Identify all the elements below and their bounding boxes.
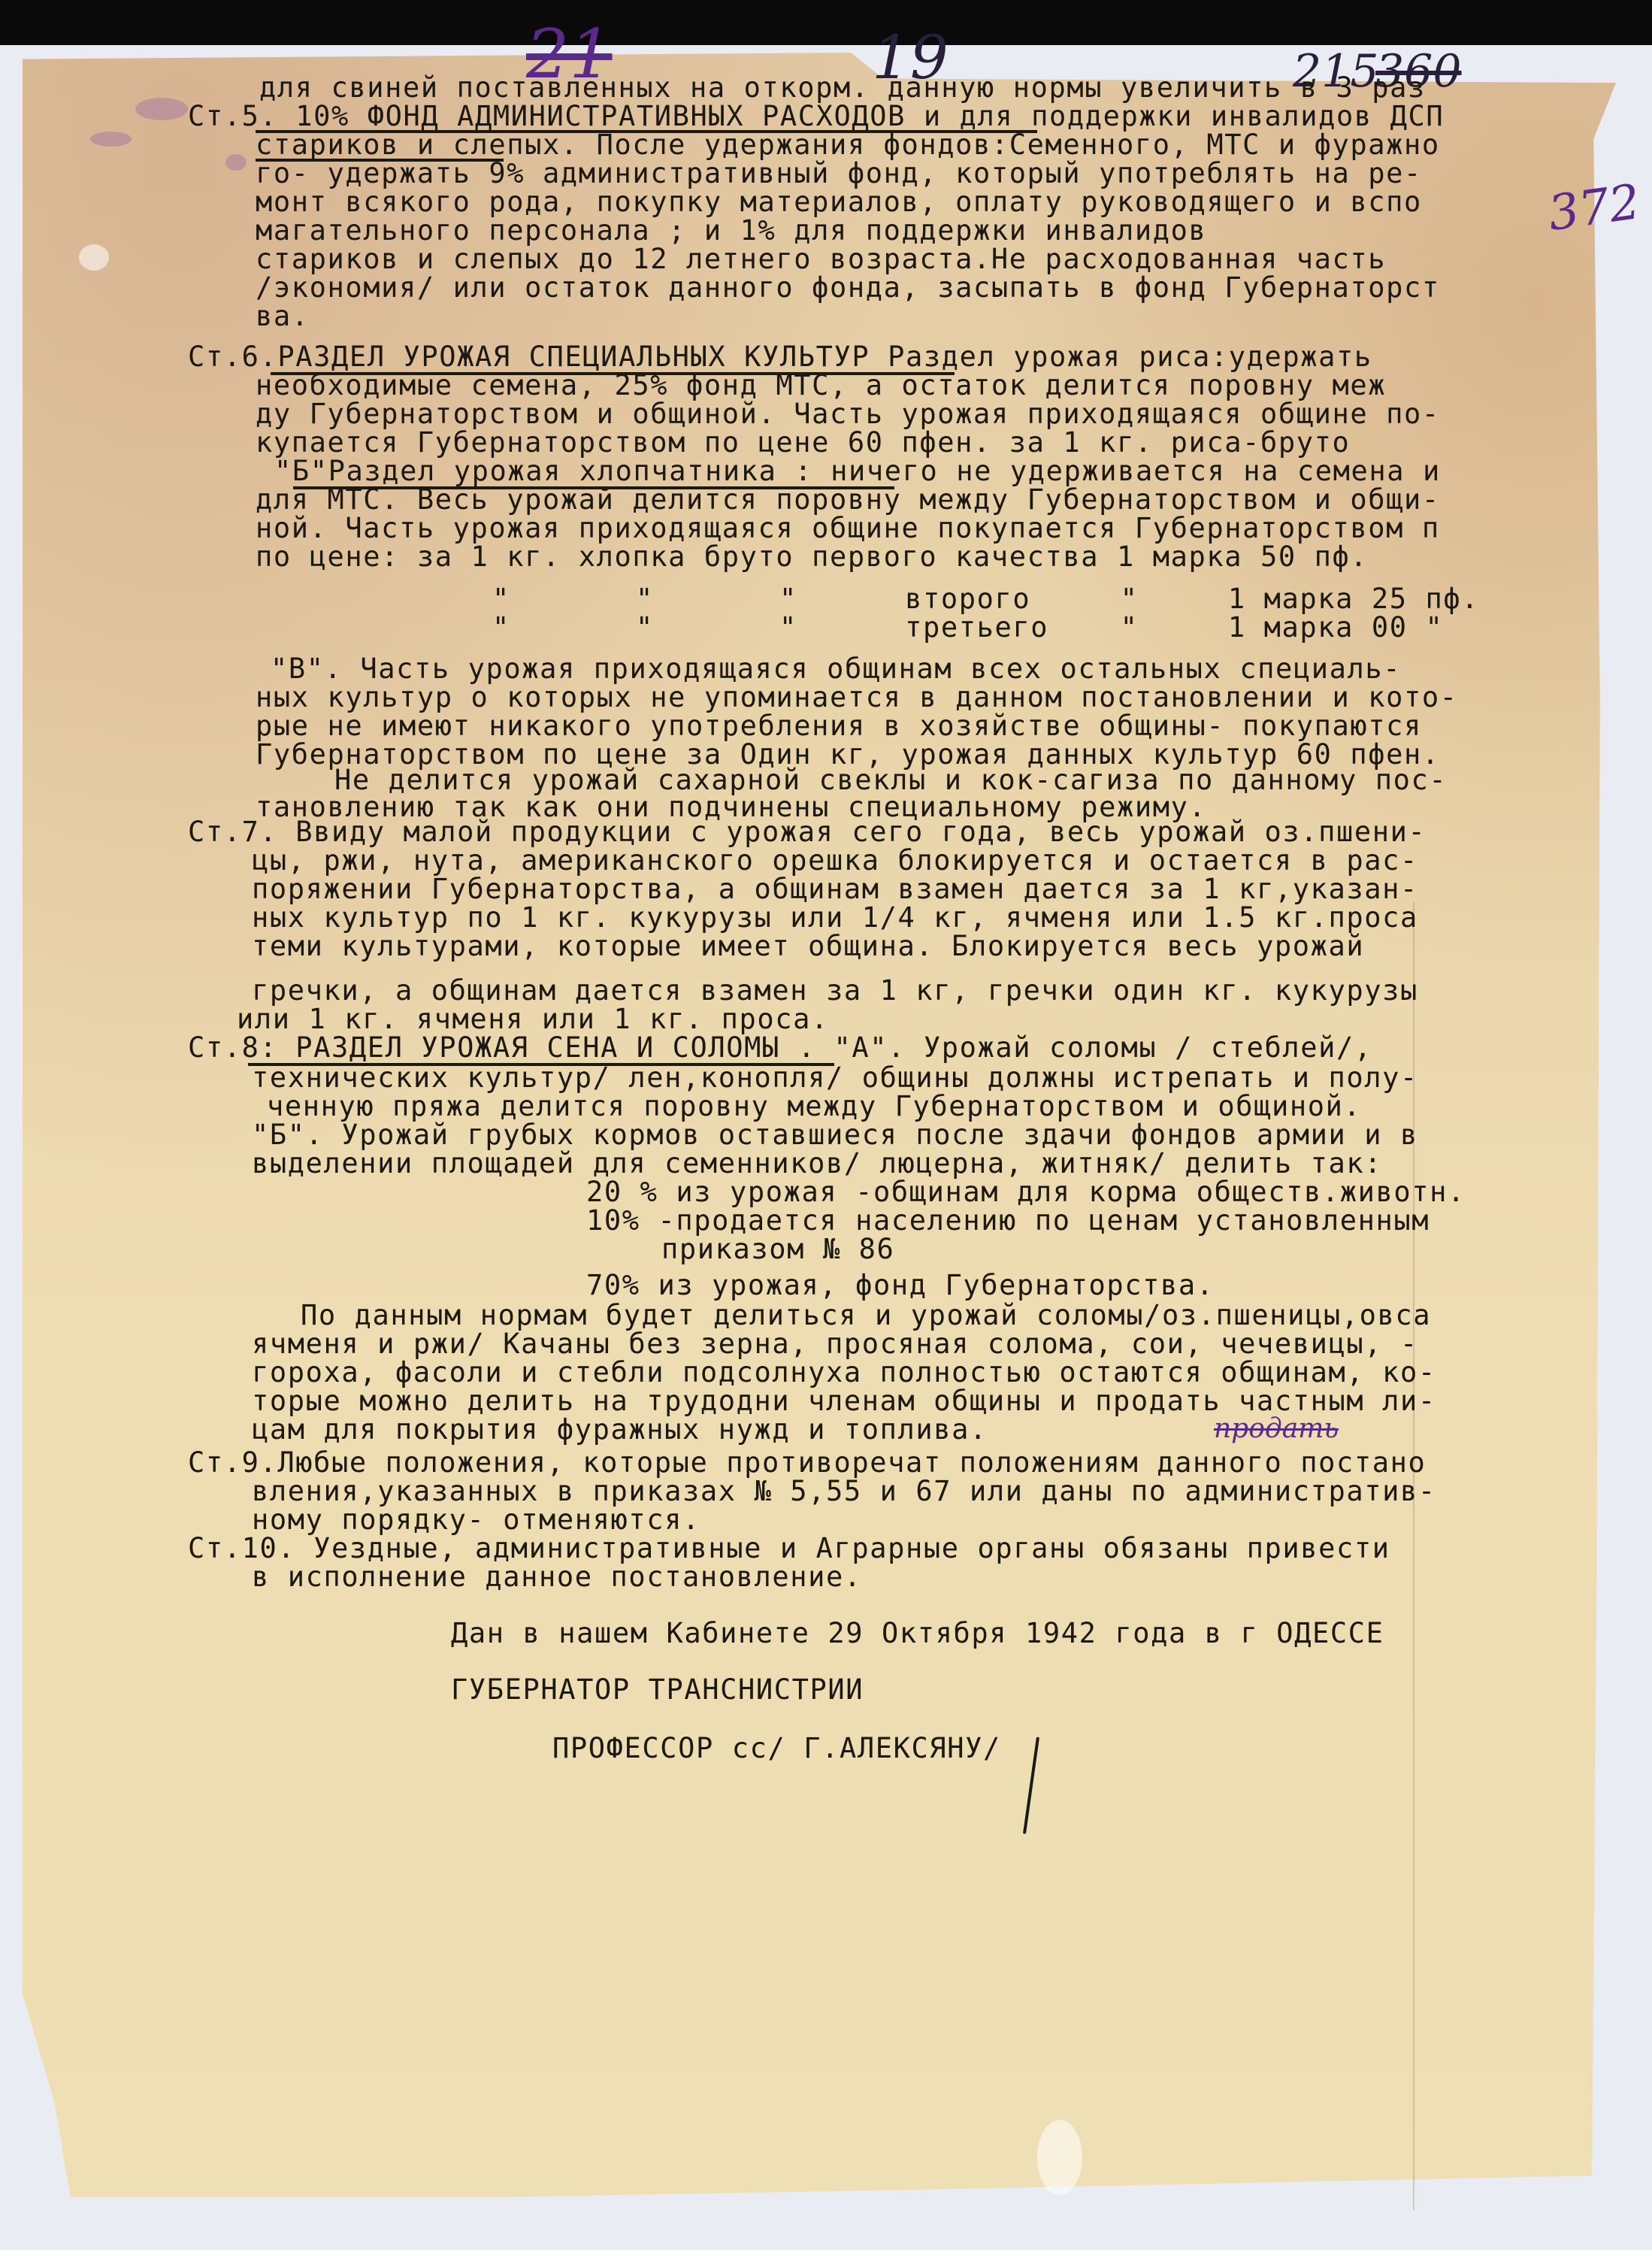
text-line: гречки, а общинам дается взамен за 1 кг,… [252, 976, 1418, 1006]
text-line: ченную пряжа делится поровну между Губер… [267, 1092, 1361, 1122]
section-6-heading: Ст.6.РАЗДЕЛ УРОЖАЯ СПЕЦИАЛЬНЫХ КУЛЬТУР Р… [188, 342, 1372, 372]
order-reference: приказом № 86 [661, 1234, 894, 1264]
text-line: гороха, фасоли и стебли подсолнуха полно… [252, 1358, 1436, 1388]
heading-underline [256, 159, 504, 162]
text-line: ду Губернаторством и общиной. Часть урож… [256, 399, 1440, 429]
text-line: ных культур по 1 кг. кукурузы или 1/4 кг… [252, 903, 1418, 933]
section-8-heading: Ст.8: РАЗДЕЛ УРОЖАЯ СЕНА И СОЛОМЫ . "А".… [188, 1033, 1372, 1063]
heading-underline [293, 486, 894, 489]
subsection-v: "В". Часть урожая приходящаяся общинам в… [271, 654, 1401, 684]
text-line: теми культурами, которые имеет община. Б… [252, 931, 1364, 961]
distribution-10-percent: 10% -продается населению по ценам устано… [586, 1206, 1430, 1236]
text-line: ячменя и ржи/ Качаны без зерна, просяная… [252, 1329, 1418, 1359]
text-line: выделении площадей для семенников/ люцер… [252, 1149, 1382, 1179]
text-line: По данным нормам будет делиться и урожай… [301, 1301, 1431, 1331]
text-line: для МТС. Весь урожай делится поровну меж… [256, 485, 1440, 515]
text-line: цам для покрытия фуражных нужд и топлива… [252, 1415, 988, 1445]
price-row-third-quality: " " " третьего " 1 марка 00 " [492, 613, 1443, 643]
distribution-20-percent: 20 % из урожая -общинам для корма общест… [586, 1177, 1466, 1207]
document-body: для свиней поставленных на откорм. данну… [0, 0, 1652, 2250]
text-line: ва. [256, 301, 310, 332]
text-line: по цене: за 1 кг. хлопка бруто первого к… [256, 542, 1368, 572]
text-line: монт всякого рода, покупку материалов, о… [256, 187, 1422, 217]
text-line: торые можно делить на трудодни членам об… [252, 1386, 1436, 1416]
heading-underline [256, 130, 1037, 133]
text-line: или 1 кг. ячменя или 1 кг. проса. [237, 1004, 829, 1034]
signatory-title: ГУБЕРНАТОР ТРАНСНИСТРИИ [451, 1675, 864, 1705]
signatory-name: ПРОФЕССОР сс/ Г.АЛЕКСЯНУ/ [552, 1734, 1001, 1764]
distribution-70-percent: 70% из урожая, фонд Губернаторства. [586, 1270, 1215, 1301]
text-line: для свиней поставленных на откорм. данну… [259, 73, 1426, 103]
text-line: поряжении Губернаторства, а общинам взам… [252, 874, 1418, 904]
text-line: ному порядку- отменяются. [252, 1505, 700, 1535]
heading-underline [248, 1063, 834, 1066]
text-line: технических культур/ лен,конопля/ общины… [252, 1063, 1418, 1093]
section-10-heading: Ст.10. Уездные, административные и Аграр… [188, 1534, 1390, 1564]
text-line: купается Губернаторством по цене 60 пфен… [256, 428, 1350, 458]
section-9-heading: Ст.9.Любые положения, которые противореч… [188, 1448, 1426, 1478]
text-line: рые не имеют никакого употребления в хоз… [256, 711, 1422, 741]
text-line: ных культур о которых не упоминается в д… [256, 683, 1458, 713]
text-line: в исполнение данное постановление. [252, 1562, 862, 1592]
heading-underline [271, 372, 955, 375]
text-line: необходимые семена, 25% фонд МТС, а оста… [256, 371, 1386, 401]
price-row-second-quality: " " " второго " 1 марка 25 пф. [492, 584, 1479, 614]
text-line: вления,указанных в приказах № 5,55 и 67 … [252, 1476, 1436, 1507]
section-5-heading: Ст.5. 10% ФОНД АДМИНИСТРАТИВНЫХ РАСХОДОВ… [188, 101, 1444, 132]
text-line: ной. Часть урожая приходящаяся общине по… [256, 513, 1440, 544]
subsection-b-feed: "Б". Урожай грубых кормов оставшиеся пос… [252, 1120, 1418, 1150]
section-7-heading: Ст.7. Ввиду малой продукции с урожая сег… [188, 817, 1426, 847]
text-line: стариков и слепых до 12 летнего возраста… [256, 244, 1386, 274]
subsection-b-cotton: "Б"Раздел урожая хлопчатника : ничего не… [274, 456, 1441, 486]
text-line: цы, ржи, нута, американского орешка блок… [252, 846, 1418, 876]
text-line: /экономия/ или остаток данного фонда, за… [256, 273, 1440, 303]
text-line: магательного персонала ; и 1% для поддер… [256, 216, 1206, 246]
issue-date-place: Дан в нашем Кабинете 29 Октября 1942 год… [451, 1619, 1384, 1649]
text-line: стариков и слепых. После удержания фондо… [256, 130, 1440, 160]
text-line: го- удержать 9% административный фонд, к… [256, 159, 1422, 189]
